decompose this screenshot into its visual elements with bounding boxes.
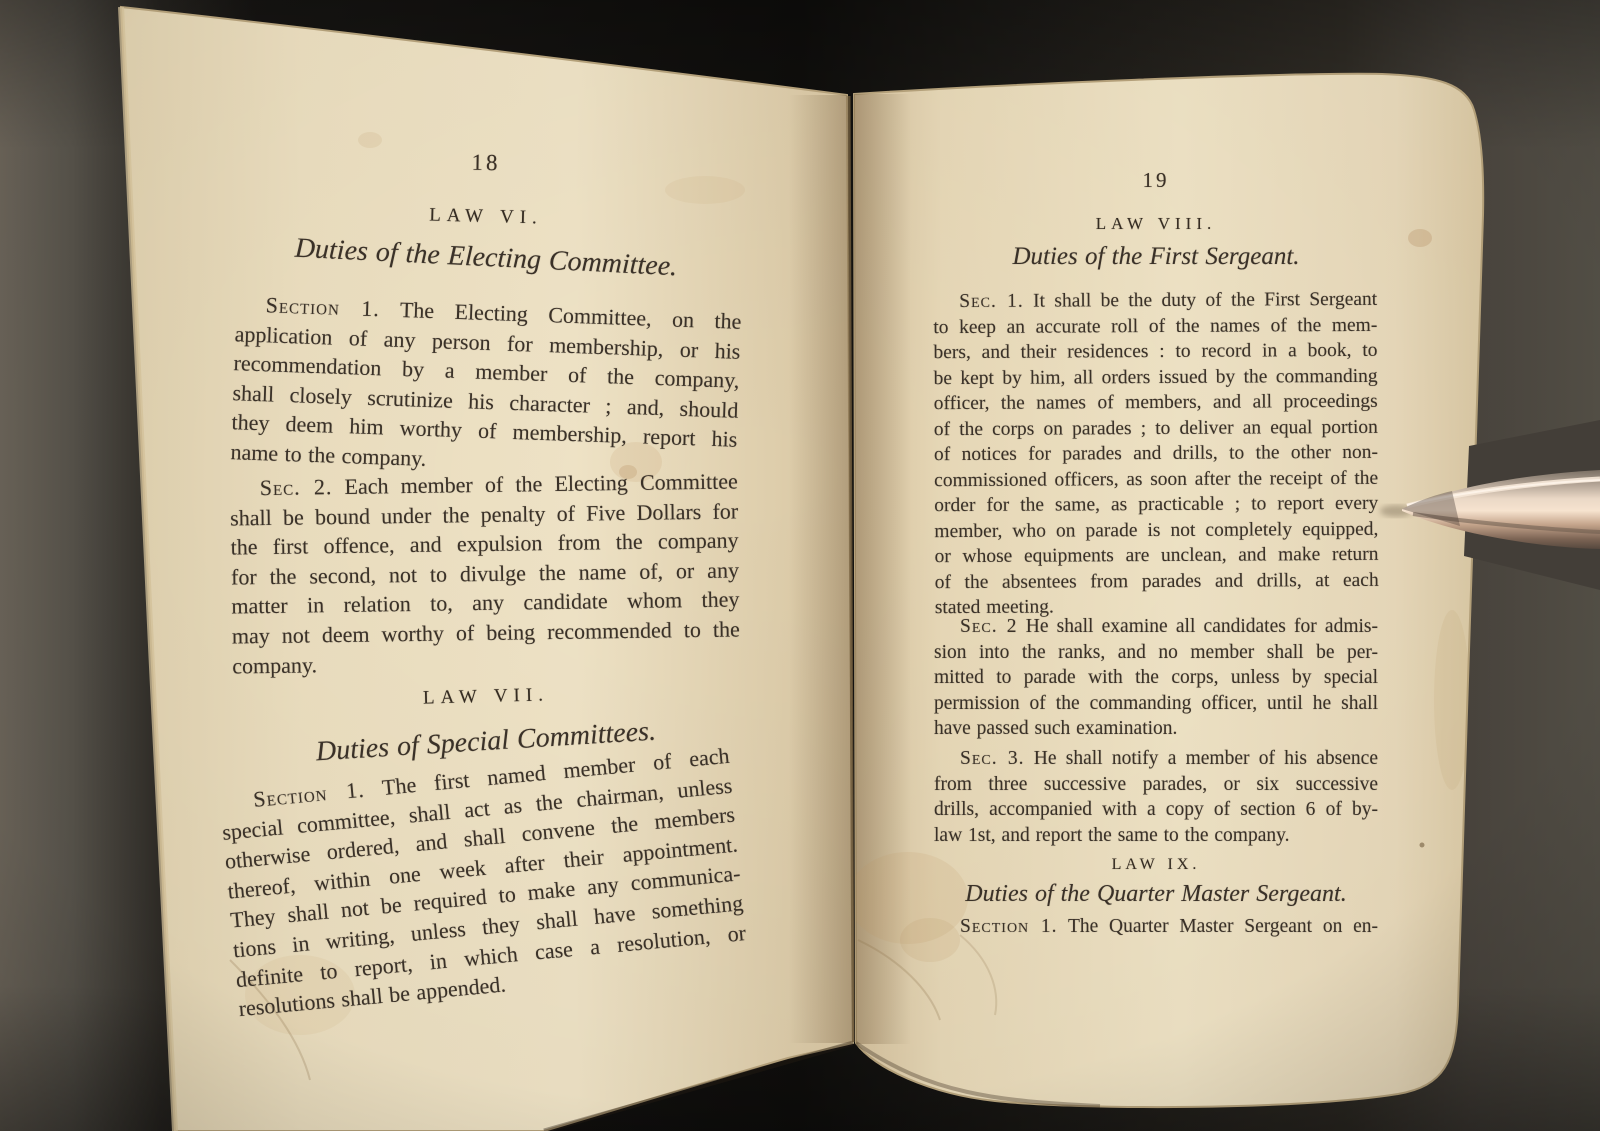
law-ix-section-1: Section 1. The Quarter Master Sergeant o… xyxy=(934,914,1378,940)
first-line-text: The Quarter Master Sergeant on en- xyxy=(1068,916,1378,937)
section-lead: Sec. 3. xyxy=(960,748,1025,769)
first-line-text: Each member of the Electing Committee xyxy=(344,468,738,498)
paragraph-lines: shall be bound under the penalty of Five… xyxy=(230,496,740,681)
paragraph-lines: from three successive parades, or six su… xyxy=(934,772,1378,849)
law-vi-section-2: Sec. 2. Each member of the Electing Comm… xyxy=(230,466,741,680)
text-line: have passed such examination. xyxy=(934,716,1378,742)
text-line: Sec. 3. He shall notify a member of his … xyxy=(934,746,1378,772)
law-viii-section-3: Sec. 3. He shall notify a member of his … xyxy=(934,746,1378,848)
book-photo: 18 LAW VI. Duties of the Electing Commit… xyxy=(0,0,1600,1131)
text-line: mitted to parade with the corps, unless … xyxy=(934,665,1378,691)
section-lead: Sec. 2 xyxy=(960,616,1018,637)
paragraph-lines: sion into the ranks, and no member shall… xyxy=(934,640,1378,742)
text-line: member, who on parade is not completely … xyxy=(934,516,1378,544)
law-viii-title: Duties of the First Sergeant. xyxy=(934,243,1378,271)
text-line: sion into the ranks, and no member shall… xyxy=(934,640,1378,666)
section-lead: Section 1. xyxy=(960,916,1058,937)
text-line: to keep an accurate roll of the names of… xyxy=(933,312,1377,340)
first-line-text: It shall be the duty of the First Sergea… xyxy=(1033,289,1377,312)
text-line: Section 1. The Quarter Master Sergeant o… xyxy=(934,914,1378,940)
text-line: Sec. 2 He shall examine all candidates f… xyxy=(934,614,1378,640)
law-viii-section-2: Sec. 2 He shall examine all candidates f… xyxy=(934,614,1378,742)
section-lead: Section 1. xyxy=(265,292,380,321)
text-line: from three successive parades, or six su… xyxy=(934,772,1378,798)
right-page-number: 19 xyxy=(934,168,1378,193)
section-lead: Sec. 2. xyxy=(260,474,333,500)
text-line: permission of the commanding officer, un… xyxy=(934,691,1378,717)
text-line: bers, and their residences : to record i… xyxy=(933,338,1377,366)
text-line: commissioned officers, as soon after the… xyxy=(934,465,1378,493)
text-line: be kept by him, all orders issued by the… xyxy=(934,363,1378,391)
text-line: law 1st, and report the same to the comp… xyxy=(934,823,1378,849)
text-line: of the absentees from parades and drills… xyxy=(935,567,1379,595)
text-line: officer, the names of members, and all p… xyxy=(934,389,1378,417)
text-line: drills, accompanied with a copy of secti… xyxy=(934,797,1378,823)
text-line: Sec. 1. It shall be the duty of the Firs… xyxy=(933,287,1377,315)
text-line: of the corps on parades ; to deliver an … xyxy=(934,414,1378,442)
text-line: of notices for parades and drills, to th… xyxy=(934,440,1378,468)
law-viii-heading: LAW VIII. xyxy=(934,214,1378,234)
first-line-text: He shall examine all candidates for admi… xyxy=(1026,616,1378,637)
paragraph-lines: application of any person for membership… xyxy=(230,319,741,485)
text-line: order for the same, as practicable ; to … xyxy=(934,491,1378,519)
law-ix-title: Duties of the Quarter Master Sergeant. xyxy=(934,881,1378,908)
law-ix-heading: LAW IX. xyxy=(934,856,1378,874)
law-vii-section-1: Section 1. The first named member of eac… xyxy=(218,741,750,1024)
section-lead: Sec. 1. xyxy=(959,291,1024,312)
text-line: or whose equipments are unclean, and mak… xyxy=(934,542,1378,570)
law-vi-section-1: Section 1. The Electing Committee, on th… xyxy=(230,289,742,484)
first-line-text: He shall notify a member of his absence xyxy=(1034,748,1378,769)
paragraph-lines: to keep an accurate roll of the names of… xyxy=(933,312,1379,620)
law-viii-section-1: Sec. 1. It shall be the duty of the Firs… xyxy=(933,287,1379,621)
